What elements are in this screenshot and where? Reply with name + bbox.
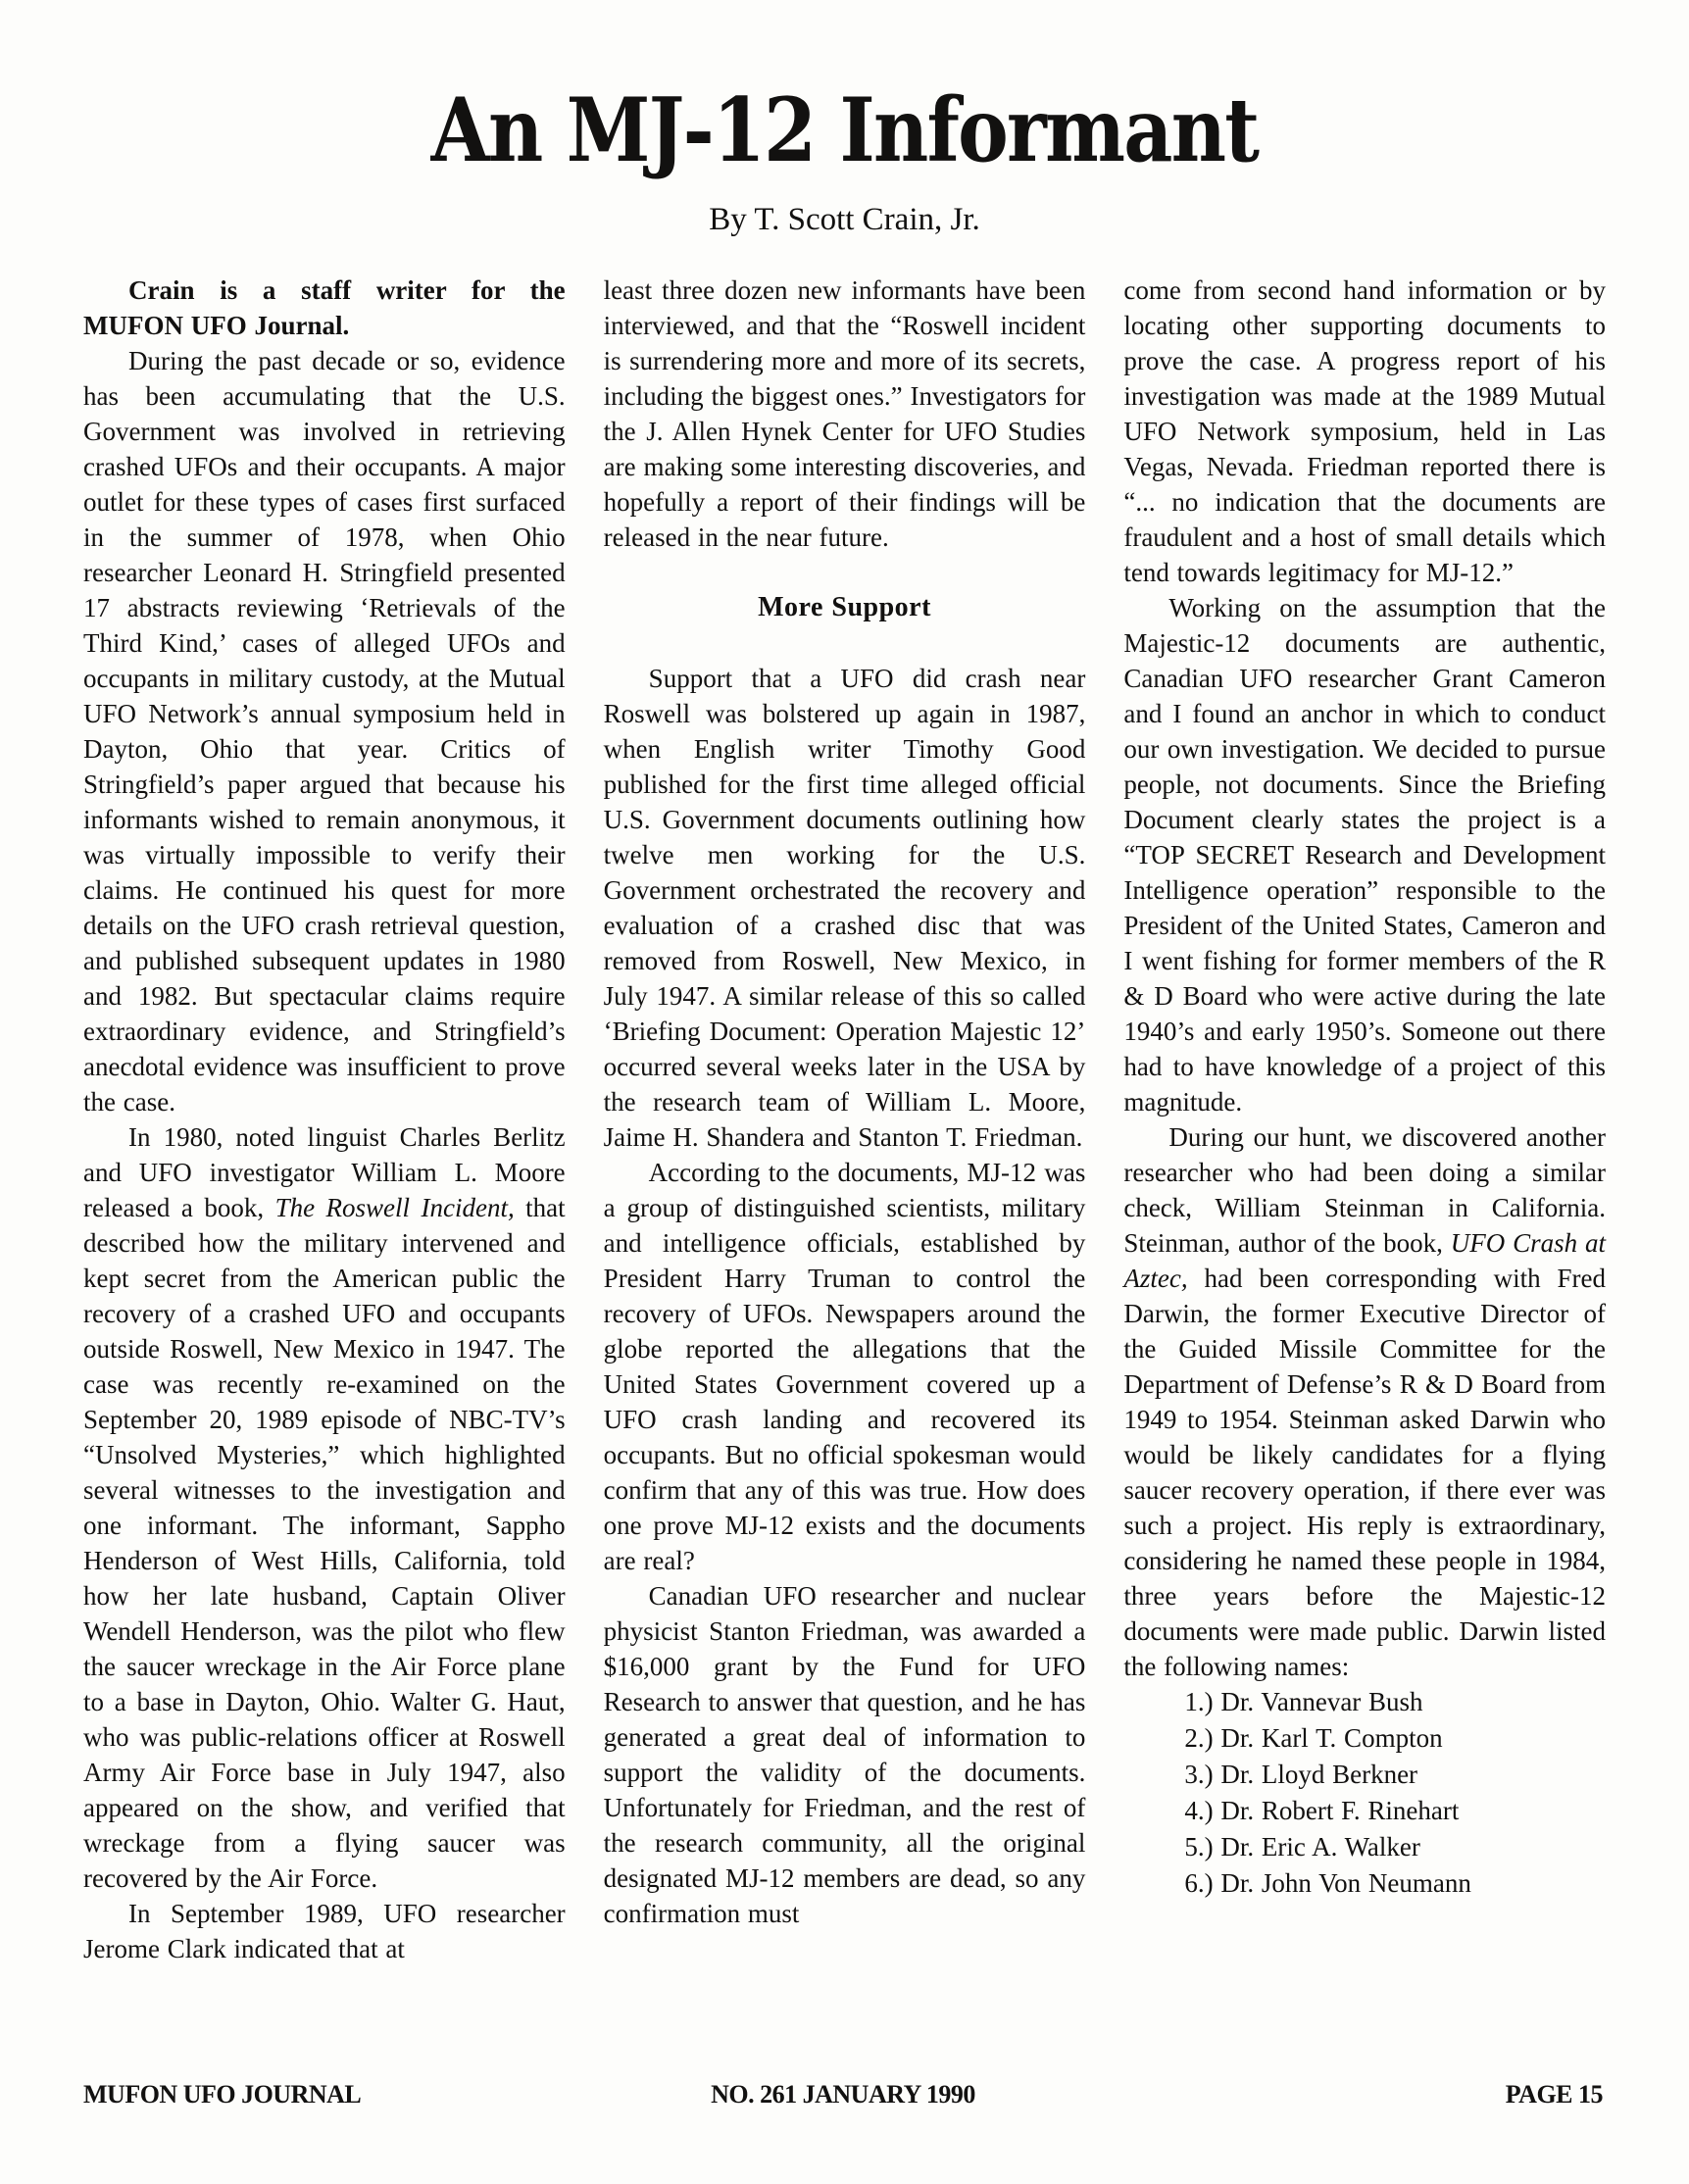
paragraph: Support that a UFO did crash near Roswel…: [604, 661, 1086, 1155]
names-list-item: 3.) Dr. Lloyd Berkner: [1184, 1757, 1606, 1793]
paragraph: Canadian UFO researcher and nuclear phys…: [604, 1578, 1086, 1931]
column-3: come from second hand information or by …: [1123, 273, 1606, 1966]
paragraph: During the past decade or so, evidence h…: [83, 343, 566, 1119]
paragraph: come from second hand information or by …: [1123, 273, 1606, 590]
footer-journal-name: MUFON UFO JOURNAL: [83, 2080, 590, 2110]
article-title: An MJ-12 Informant: [190, 86, 1500, 174]
names-list: 1.) Dr. Vannevar Bush2.) Dr. Karl T. Com…: [1123, 1684, 1606, 1902]
names-list-item: 1.) Dr. Vannevar Bush: [1184, 1684, 1606, 1720]
journal-page: An MJ-12 Informant By T. Scott Crain, Jr…: [0, 0, 1689, 2184]
section-heading: More Support: [604, 590, 1086, 625]
column-1: Crain is a staff writer for the MUFON UF…: [83, 273, 566, 1966]
footer-page-number: PAGE 15: [1096, 2080, 1603, 2110]
article-columns: Crain is a staff writer for the MUFON UF…: [83, 273, 1606, 1966]
names-list-item: 2.) Dr. Karl T. Compton: [1184, 1720, 1606, 1757]
paragraph: least three dozen new informants have be…: [604, 273, 1086, 555]
footer-issue-number: NO. 261 JANUARY 1990: [590, 2080, 1097, 2110]
paragraph: In 1980, noted linguist Charles Berlitz …: [83, 1119, 566, 1896]
names-list-item: 4.) Dr. Robert F. Rinehart: [1184, 1793, 1606, 1829]
paragraph: During our hunt, we discovered another r…: [1123, 1119, 1606, 1684]
names-list-item: 6.) Dr. John Von Neumann: [1184, 1865, 1606, 1902]
column-2: least three dozen new informants have be…: [604, 273, 1086, 1966]
paragraph: Working on the assumption that the Majes…: [1123, 590, 1606, 1119]
article-byline: By T. Scott Crain, Jr.: [83, 202, 1606, 237]
page-footer: MUFON UFO JOURNAL NO. 261 JANUARY 1990 P…: [83, 2080, 1603, 2110]
lead-paragraph: Crain is a staff writer for the MUFON UF…: [83, 273, 566, 343]
paragraph: In September 1989, UFO researcher Jerome…: [83, 1896, 566, 1966]
names-list-item: 5.) Dr. Eric A. Walker: [1184, 1829, 1606, 1865]
paragraph: According to the documents, MJ-12 was a …: [604, 1155, 1086, 1578]
